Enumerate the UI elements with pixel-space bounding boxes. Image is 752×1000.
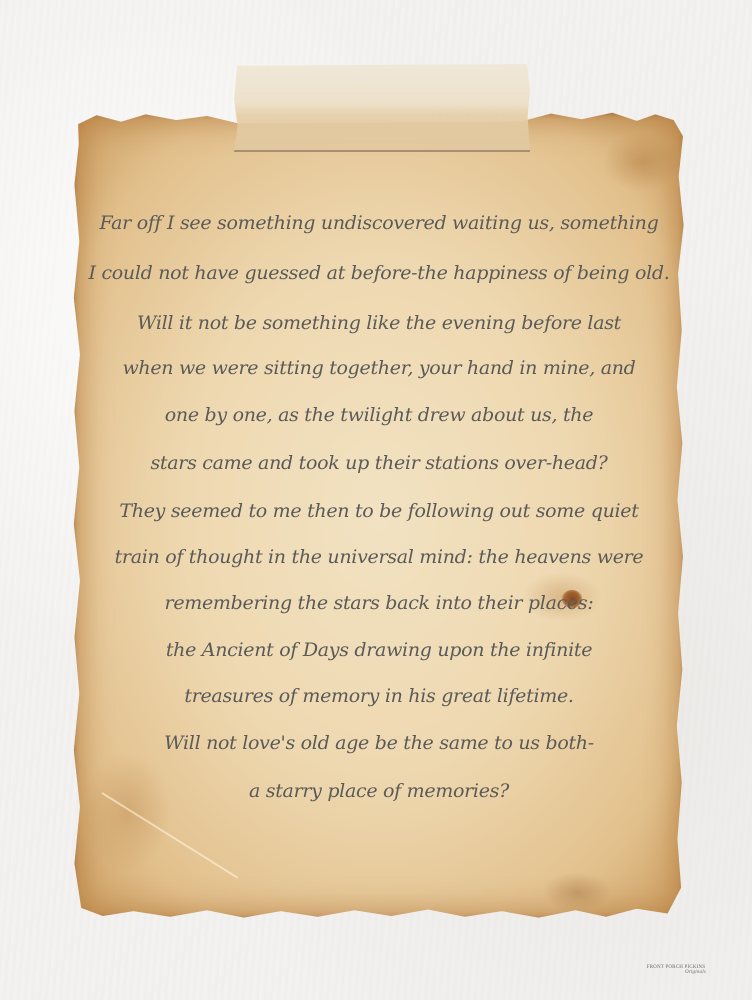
poem-line: train of thought in the universal mind: … — [72, 546, 686, 568]
poem-line: when we were sitting together, your hand… — [72, 357, 686, 379]
poem-line: a starry place of memories? — [72, 780, 686, 802]
poem-line: They seemed to me then to be following o… — [72, 500, 686, 522]
signature-sub: Originals — [636, 970, 716, 975]
poem-line: stars came and took up their stations ov… — [72, 452, 686, 474]
poem-text: Far off I see something undiscovered wai… — [72, 112, 686, 920]
poem-line: Will not love's old age be the same to u… — [72, 732, 686, 754]
poem-line: the Ancient of Days drawing upon the inf… — [72, 639, 686, 661]
poem-line: treasures of memory in his great lifetim… — [72, 685, 686, 707]
poem-line: Will it not be something like the evenin… — [72, 312, 686, 334]
poem-line: one by one, as the twilight drew about u… — [72, 404, 686, 426]
poem-line: I could not have guessed at before-the h… — [72, 262, 686, 284]
artist-signature: FRONT PORCH PICKINS Originals — [636, 965, 716, 975]
poem-line: remembering the stars back into their pl… — [72, 592, 686, 614]
poem-line: Far off I see something undiscovered wai… — [72, 212, 686, 234]
